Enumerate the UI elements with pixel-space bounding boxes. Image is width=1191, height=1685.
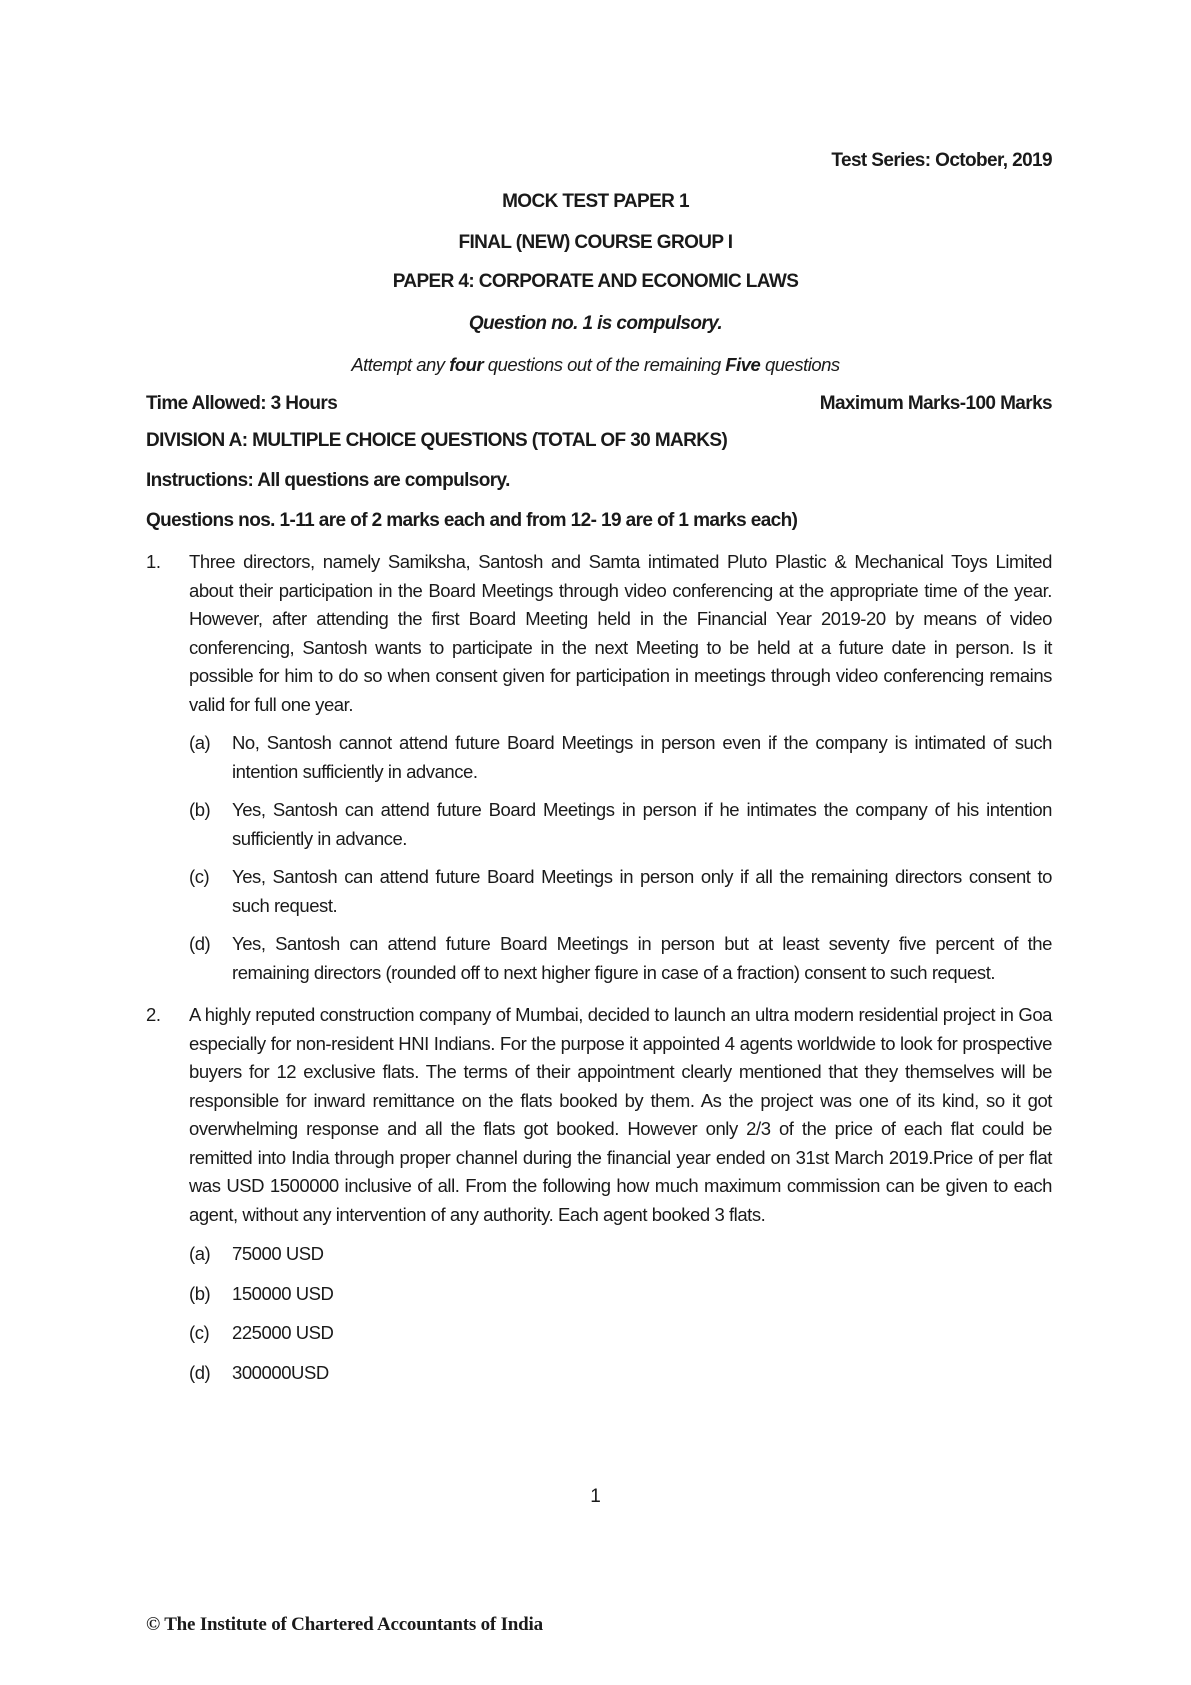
option-label: (a): [189, 1240, 210, 1269]
option-d: (d)Yes, Santosh can attend future Board …: [189, 930, 1052, 987]
time-allowed: Time Allowed: 3 Hours: [146, 393, 337, 415]
option-a: (a)75000 USD: [189, 1240, 1052, 1269]
attempt-note-emphasis: Five: [725, 354, 760, 375]
option-label: (d): [189, 930, 210, 959]
subject-title: PAPER 4: CORPORATE AND ECONOMIC LAWS: [0, 271, 1191, 293]
page-number: 1: [0, 1486, 1191, 1508]
option-b: (b)Yes, Santosh can attend future Board …: [189, 796, 1052, 853]
copyright-footer: © The Institute of Chartered Accountants…: [146, 1614, 543, 1636]
question-number: 1.: [146, 548, 161, 577]
option-label: (d): [189, 1359, 210, 1388]
attempt-note: Attempt any four questions out of the re…: [0, 354, 1191, 376]
question-number: 2.: [146, 1001, 161, 1030]
option-text: 300000USD: [232, 1362, 329, 1383]
attempt-note-part: questions out of the remaining: [483, 354, 725, 375]
question-text: Three directors, namely Samiksha, Santos…: [189, 548, 1052, 719]
option-label: (b): [189, 1280, 210, 1309]
option-label: (c): [189, 863, 209, 892]
division-heading: DIVISION A: MULTIPLE CHOICE QUESTIONS (T…: [146, 430, 727, 452]
option-label: (c): [189, 1319, 209, 1348]
option-d: (d)300000USD: [189, 1359, 1052, 1388]
option-text: 150000 USD: [232, 1283, 333, 1304]
test-series-date: Test Series: October, 2019: [831, 150, 1052, 172]
option-text: Yes, Santosh can attend future Board Mee…: [232, 933, 1052, 983]
attempt-note-part: questions: [760, 354, 839, 375]
option-a: (a)No, Santosh cannot attend future Boar…: [189, 729, 1052, 786]
option-c: (c)Yes, Santosh can attend future Board …: [189, 863, 1052, 920]
option-text: Yes, Santosh can attend future Board Mee…: [232, 866, 1052, 916]
option-b: (b)150000 USD: [189, 1280, 1052, 1309]
attempt-note-emphasis: four: [449, 354, 483, 375]
option-c: (c)225000 USD: [189, 1319, 1052, 1348]
question-2: 2. A highly reputed construction company…: [146, 1001, 1052, 1387]
question-text: A highly reputed construction company of…: [189, 1001, 1052, 1229]
maximum-marks: Maximum Marks-100 Marks: [820, 393, 1052, 415]
course-group-title: FINAL (NEW) COURSE GROUP I: [0, 232, 1191, 254]
instructions: Instructions: All questions are compulso…: [146, 470, 510, 492]
option-text: 75000 USD: [232, 1243, 324, 1264]
compulsory-note: Question no. 1 is compulsory.: [0, 313, 1191, 335]
paper-title: MOCK TEST PAPER 1: [0, 191, 1191, 213]
option-label: (b): [189, 796, 210, 825]
option-text: 225000 USD: [232, 1322, 333, 1343]
option-text: No, Santosh cannot attend future Board M…: [232, 732, 1052, 782]
option-label: (a): [189, 729, 210, 758]
option-text: Yes, Santosh can attend future Board Mee…: [232, 799, 1052, 849]
question-1: 1. Three directors, namely Samiksha, San…: [146, 548, 1052, 987]
attempt-note-part: Attempt any: [351, 354, 449, 375]
marks-note: Questions nos. 1-11 are of 2 marks each …: [146, 510, 797, 532]
